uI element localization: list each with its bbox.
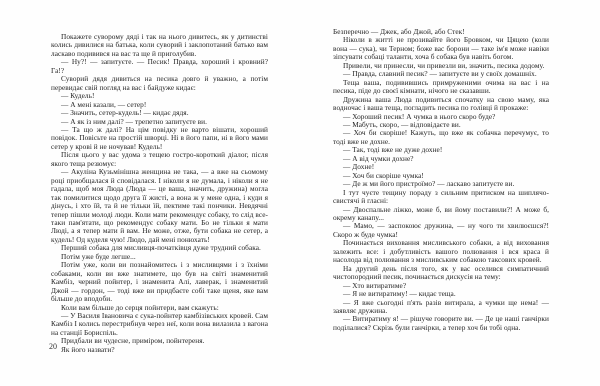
book-spread: Покажете суворому дяді і так на нього ди… bbox=[0, 0, 600, 386]
paragraph: — Хоч би скоріше! Кажуть, що вже як соба… bbox=[333, 129, 549, 146]
left-page-text: Покажете суворому дяді і так на нього ди… bbox=[51, 33, 268, 354]
paragraph: Потім уже, коли ви познайомитесь і з мис… bbox=[51, 261, 268, 303]
paragraph: Дружина ваша Люда подивиться спочатку на… bbox=[333, 96, 549, 113]
paragraph: Ніколи в житті не прозивайте його Бровко… bbox=[333, 36, 549, 61]
paragraph: — Витиратиму я! — рішуче говорите ви. — … bbox=[333, 315, 549, 332]
paragraph: — Двоспальне ліжко, може б, ви йому пост… bbox=[333, 206, 549, 223]
right-page-text: Безперечно — Джек, або Джой, або Стек! Н… bbox=[333, 28, 549, 332]
paragraph: — Я вже сьогодні п'ять разів витирала, а… bbox=[333, 299, 549, 316]
paragraph: На другий день після того, як у вас осел… bbox=[333, 265, 549, 282]
paragraph: — Ну?! — запитуєте. — Песик! Правда, хор… bbox=[51, 58, 268, 75]
right-page: Безперечно — Джек, або Джой, або Стек! Н… bbox=[300, 0, 600, 386]
paragraph: — Та що ж далі? На цім повідку не варто … bbox=[51, 126, 268, 151]
paragraph: Суворий дядя дивиться на песика довго й … bbox=[51, 75, 268, 92]
paragraph: І тут чуєте тещину пораду з сильним прит… bbox=[333, 189, 549, 206]
left-page: Покажете суворому дяді і так на нього ди… bbox=[0, 0, 300, 386]
paragraph: Починається виховання мисливського собак… bbox=[333, 239, 549, 264]
paragraph: — Мамо, — заспокоює дружина, — ну чого т… bbox=[333, 222, 549, 239]
paragraph: — Акуліна Кузьмінішна женщина не така, —… bbox=[51, 168, 268, 244]
page-number: 20 bbox=[49, 342, 57, 351]
paragraph: Покажете суворому дяді і так на нього ди… bbox=[51, 33, 268, 58]
paragraph: Після цього у вас удома з тещею гостро-к… bbox=[51, 151, 268, 168]
paragraph: Як його назвати? bbox=[51, 346, 268, 354]
paragraph: — У Василя Івановича є сука-пойнтер камб… bbox=[51, 312, 268, 337]
paragraph: Теща ваша, подивившись примруженими очим… bbox=[333, 79, 549, 96]
